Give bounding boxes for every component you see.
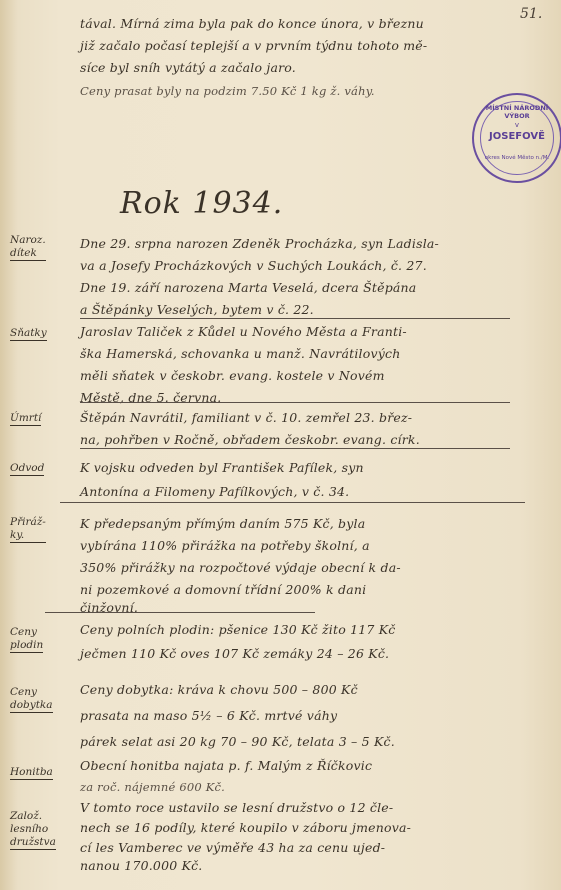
entry-line: ška Hamerská, schovanka u manž. Navrátil… [80, 346, 400, 361]
label-line: Naroz. [10, 234, 46, 247]
entry-line: vybírána 110% přirážka na potřeby školní… [80, 538, 370, 553]
entry-line: Jaroslav Taliček z Kůdel u Nového Města … [80, 324, 407, 339]
label-line: lesního [10, 823, 56, 836]
section-label-conscription: Odvod [10, 462, 44, 476]
section-label-livestock-prices: Ceny dobytka [10, 686, 53, 713]
manuscript-page: 51. tával. Mírná zima byla pak do konce … [0, 0, 561, 890]
label-line: Odvod [10, 462, 44, 476]
stamp-v: v [474, 121, 560, 129]
intro-line: síce byl sníh vytátý a začalo jaro. [80, 60, 296, 75]
official-stamp: MÍSTNÍ NÁRODNÍ VÝBOR v JOSEFOVĚ okres No… [472, 93, 561, 183]
entry-line: na, pohřben v Ročně, obřadem českobr. ev… [80, 432, 420, 447]
label-line: družstva [10, 836, 56, 850]
entry-line: 350% přirážky na rozpočtové výdaje obecn… [80, 560, 401, 575]
divider [60, 502, 525, 503]
stamp-town: JOSEFOVĚ [474, 131, 560, 142]
entry-line: va a Josefy Procházkových v Suchých Louk… [80, 258, 427, 273]
label-line: Úmrtí [10, 412, 41, 426]
label-line: dobytka [10, 699, 53, 713]
entry-line: ni pozemkové a domovní třídní 200% k dan… [80, 582, 366, 597]
section-label-surcharges: Přiráž- ky. [10, 516, 46, 543]
entry-line: nech se 16 podíly, které koupilo v zábor… [80, 820, 411, 835]
label-line: ky. [10, 529, 46, 543]
section-label-forest-cooperative: Založ. lesního družstva [10, 810, 56, 850]
stamp-okres: okres Nové Město n./M. [474, 155, 560, 161]
entry-line: Dne 29. srpna narozen Zdeněk Procházka, … [80, 236, 439, 251]
label-line: Ceny [10, 626, 43, 639]
entry-line: Dne 19. září narozena Marta Veselá, dcer… [80, 280, 416, 295]
year-heading: Rok 1934. [120, 186, 283, 221]
label-line: Ceny [10, 686, 53, 699]
page-number: 51. [520, 6, 542, 22]
label-line: dítek [10, 247, 46, 261]
entry-line: V tomto roce ustavilo se lesní družstvo … [80, 800, 393, 815]
intro-line: Ceny prasat byly na podzim 7.50 Kč 1 kg … [80, 84, 375, 98]
label-line: Přiráž- [10, 516, 46, 529]
divider [80, 448, 510, 449]
entry-line: ječmen 110 Kč oves 107 Kč zemáky 24 – 26… [80, 646, 389, 661]
label-line: plodin [10, 639, 43, 653]
label-line: Sňatky [10, 327, 47, 341]
entry-line: a Štěpánky Veselých, bytem v č. 22. [80, 302, 314, 317]
intro-line: již začalo počasí teplejší a v prvním tý… [80, 38, 427, 53]
entry-line: Obecní honitba najata p. f. Malým z Říčk… [80, 758, 372, 773]
label-line: Honitba [10, 766, 53, 780]
divider [80, 402, 510, 403]
entry-line: Ceny dobytka: kráva k chovu 500 – 800 Kč [80, 682, 358, 697]
entry-line: nanou 170.000 Kč. [80, 858, 202, 873]
section-label-crop-prices: Ceny plodin [10, 626, 43, 653]
entry-line: prasata na maso 5½ – 6 Kč. mrtvé váhy [80, 708, 337, 723]
divider [45, 612, 315, 613]
section-label-deaths: Úmrtí [10, 412, 41, 426]
intro-line: tával. Mírná zima byla pak do konce únor… [80, 16, 424, 31]
section-label-hunting: Honitba [10, 766, 53, 780]
entry-line: cí les Vamberec ve výměře 43 ha za cenu … [80, 840, 385, 855]
entry-line: Štěpán Navrátil, familiant v č. 10. zemř… [80, 410, 412, 425]
stamp-arc-text: MÍSTNÍ NÁRODNÍ VÝBOR [474, 104, 560, 120]
label-line: Založ. [10, 810, 56, 823]
entry-line: párek selat asi 20 kg 70 – 90 Kč, telata… [80, 734, 395, 749]
entry-line: K vojsku odveden byl František Pafílek, … [80, 460, 364, 475]
entry-line: K předepsaným přímým daním 575 Kč, byla [80, 516, 365, 531]
entry-line: Ceny polních plodin: pšenice 130 Kč žito… [80, 622, 395, 637]
entry-line: Antonína a Filomeny Pafílkových, v č. 34… [80, 484, 349, 499]
section-label-births: Naroz. dítek [10, 234, 46, 261]
section-label-marriages: Sňatky [10, 327, 47, 341]
entry-line: za roč. nájemné 600 Kč. [80, 780, 225, 794]
divider [80, 318, 510, 319]
entry-line: měli sňatek v českobr. evang. kostele v … [80, 368, 385, 383]
